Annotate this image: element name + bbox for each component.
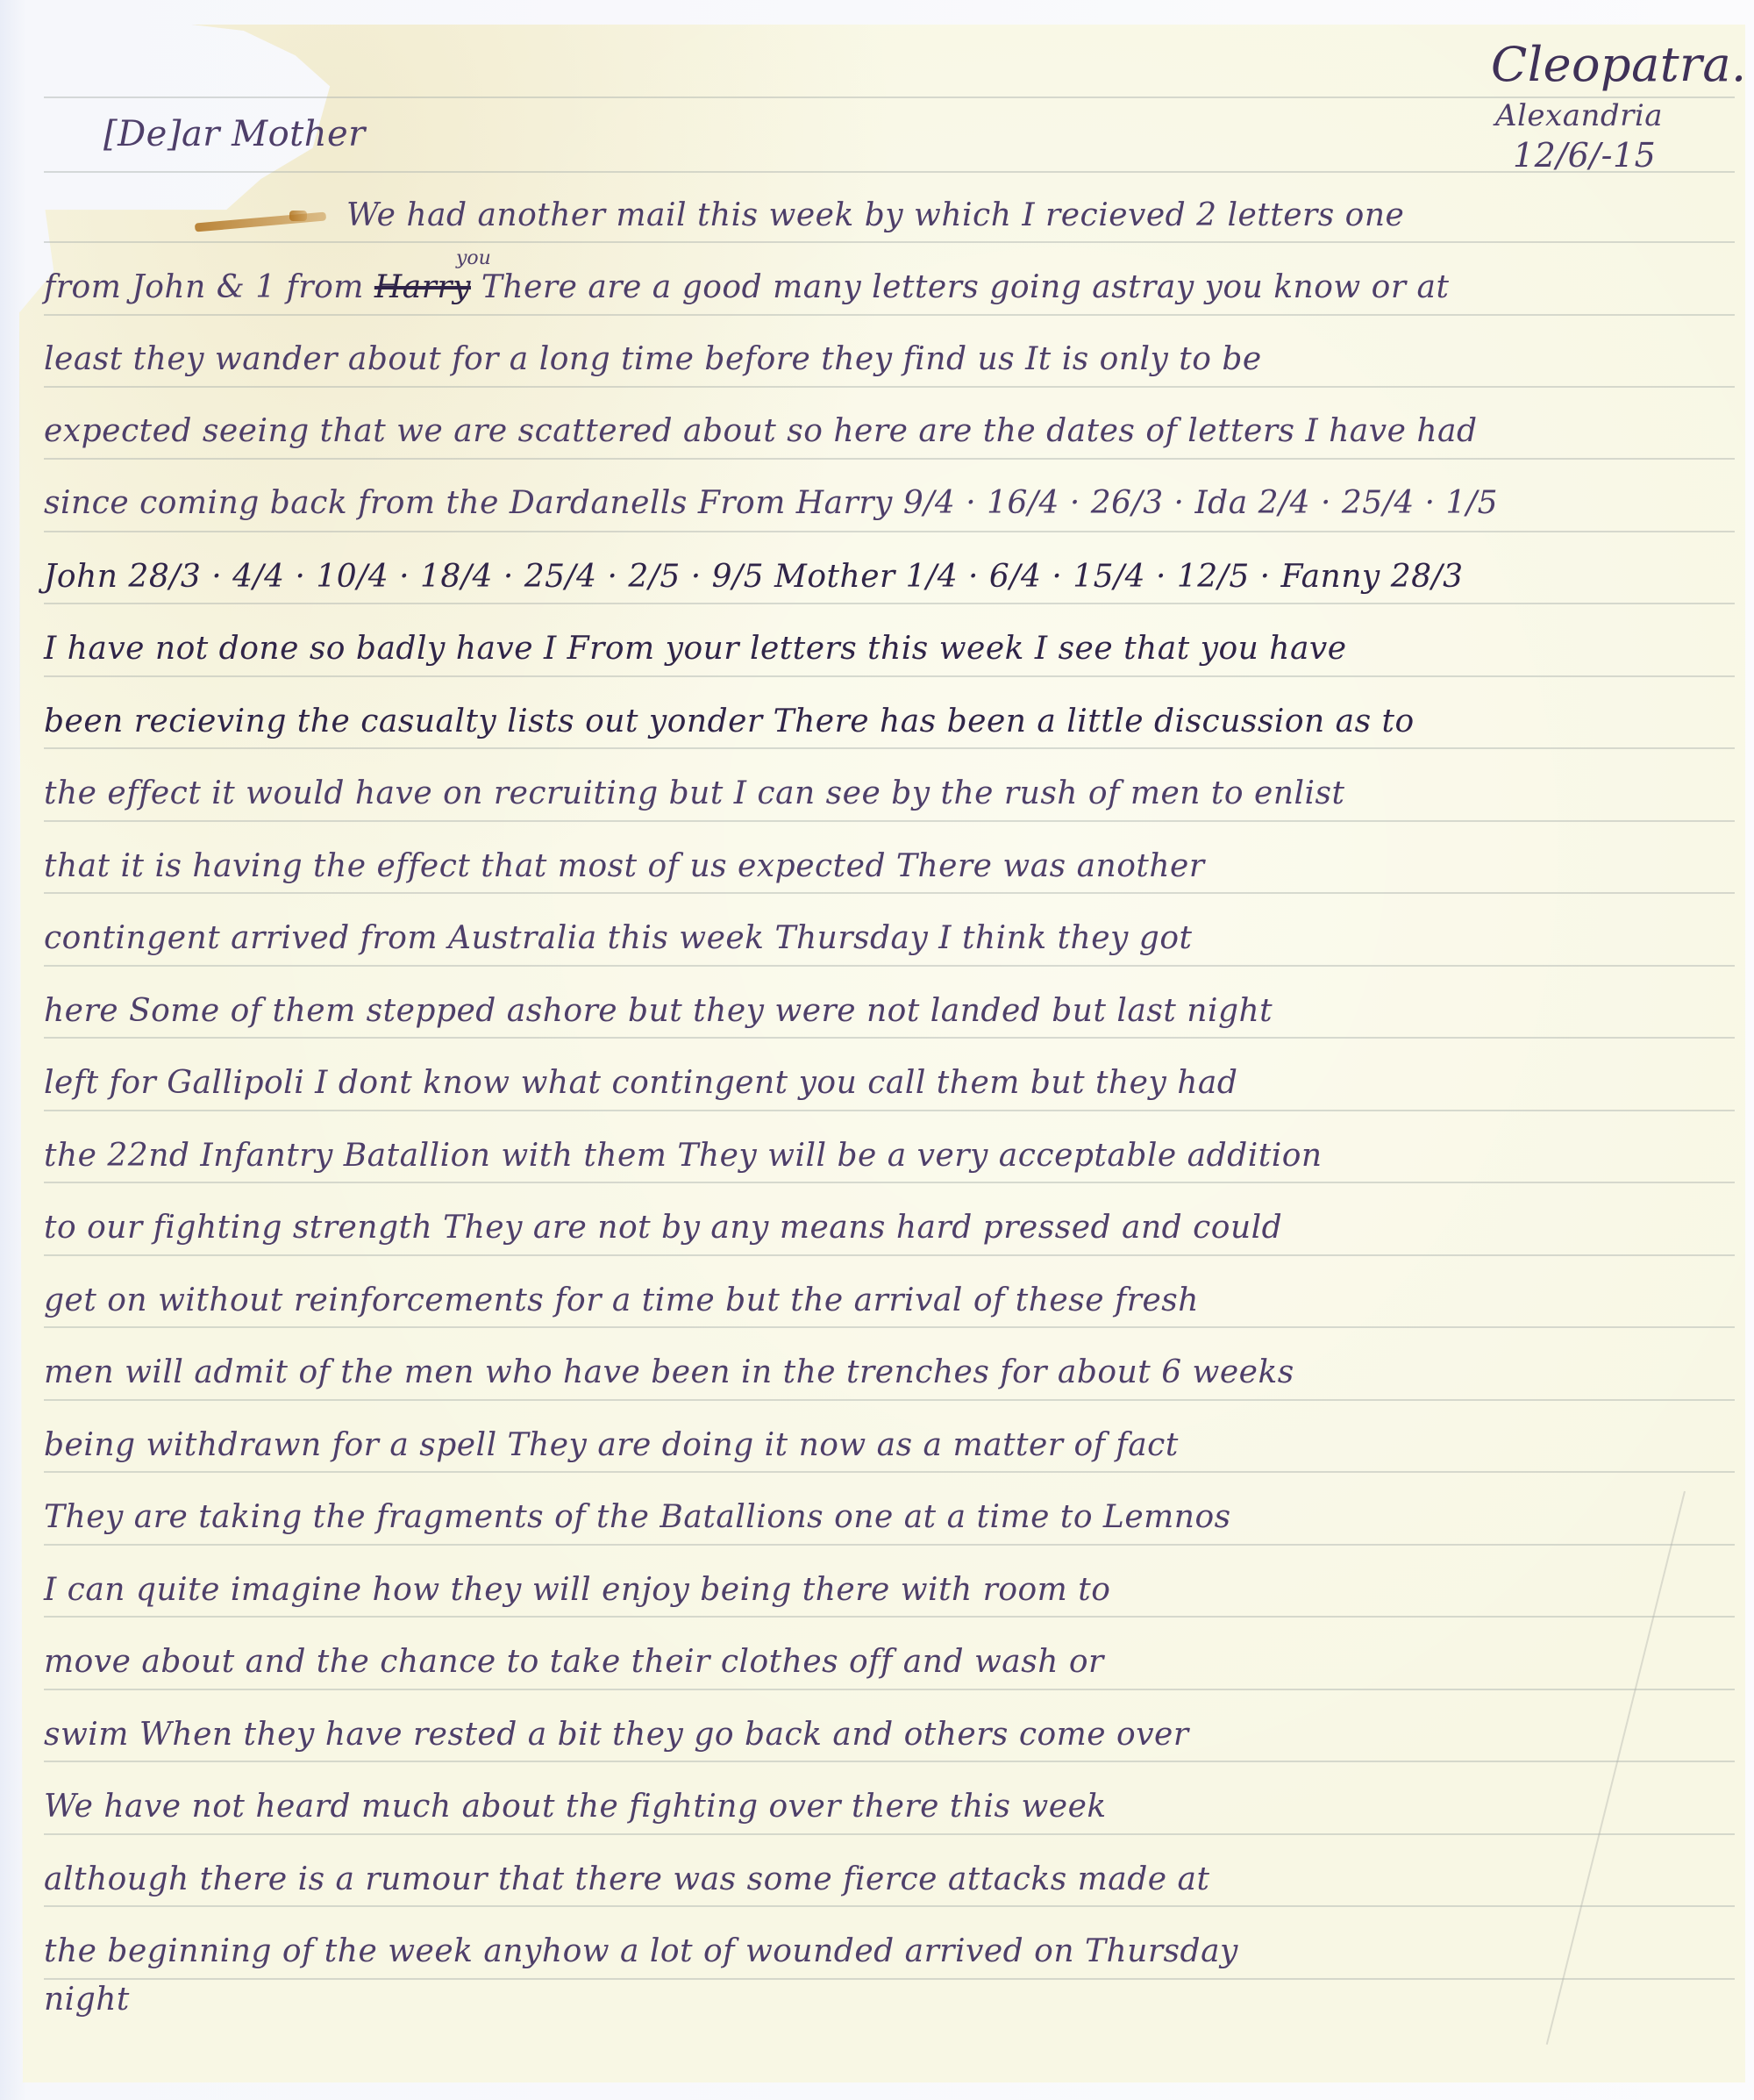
ruled-line: [44, 1254, 1735, 1256]
ruled-line: [44, 531, 1735, 532]
ruled-line: [44, 314, 1735, 316]
letter-place: Cleopatra.: [1491, 37, 1747, 92]
struck-word: Harry: [374, 269, 471, 305]
ruled-line: [44, 96, 1735, 98]
letter-line: contingent arrived from Australia this w…: [44, 923, 1193, 954]
letter-city: Alexandria: [1495, 98, 1663, 133]
letter-line: night: [44, 1984, 130, 2016]
letter-line: the beginning of the week anyhow a lot o…: [44, 1936, 1238, 1968]
ruled-line: [44, 965, 1735, 967]
ruled-line: [44, 1326, 1735, 1328]
letter-line: from John & 1 from Harry There are a goo…: [44, 272, 1449, 304]
ruled-line: [44, 386, 1735, 388]
letter-line: I have not done so badly have I From you…: [44, 633, 1347, 665]
ruled-line: [44, 892, 1735, 894]
letter-line: expected seeing that we are scattered ab…: [44, 416, 1478, 447]
rust-stain-small: [289, 211, 307, 221]
letter-line-text: There are a good many letters going astr…: [481, 269, 1450, 305]
ruled-line: [44, 747, 1735, 749]
letter-paper: [19, 25, 1745, 2082]
letter-line: here Some of them stepped ashore but the…: [44, 996, 1273, 1027]
letter-line: least they wander about for a long time …: [44, 344, 1262, 375]
salutation: [De]ar Mother: [103, 114, 366, 154]
ruled-line: [44, 458, 1735, 460]
letter-line: John 28/3 · 4/4 · 10/4 · 18/4 · 25/4 · 2…: [44, 561, 1464, 593]
ruled-line: [44, 171, 1735, 173]
ruled-line: [44, 1905, 1735, 1907]
letter-line-text: from John & 1 from: [44, 269, 364, 305]
letter-line: get on without reinforcements for a time…: [44, 1285, 1199, 1317]
ruled-line: [44, 675, 1735, 677]
letter-line: We had another mail this week by which I…: [346, 200, 1404, 232]
inserted-word: you: [456, 247, 491, 269]
ruled-line: [44, 1616, 1735, 1618]
ruled-line: [44, 1978, 1735, 1980]
letter-line: We have not heard much about the fightin…: [44, 1791, 1107, 1823]
letter-line: although there is a rumour that there wa…: [44, 1864, 1209, 1896]
letter-line: been recieving the casualty lists out yo…: [44, 706, 1415, 738]
letter-date: 12/6/-15: [1513, 136, 1656, 175]
ruled-line: [44, 1182, 1735, 1183]
ruled-line: [44, 1689, 1735, 1690]
ruled-line: [44, 1399, 1735, 1401]
letter-line: the effect it would have on recruiting b…: [44, 778, 1344, 810]
letter-line: I can quite imagine how they will enjoy …: [44, 1575, 1110, 1606]
letter-line: swim When they have rested a bit they go…: [44, 1719, 1189, 1751]
ruled-line: [44, 820, 1735, 822]
ruled-line: [44, 1471, 1735, 1473]
ruled-line: [44, 1544, 1735, 1546]
letter-line: since coming back from the Dardanells Fr…: [44, 488, 1498, 519]
ruled-line: [44, 1037, 1735, 1039]
letter-line: move about and the chance to take their …: [44, 1646, 1104, 1678]
ruled-line: [44, 1761, 1735, 1762]
ruled-line: [44, 1833, 1735, 1835]
ruled-line: [44, 1110, 1735, 1111]
letter-line: that it is having the effect that most o…: [44, 851, 1205, 882]
letter-line: They are taking the fragments of the Bat…: [44, 1502, 1231, 1533]
ruled-line: [44, 603, 1735, 604]
letter-line: being withdrawn for a spell They are doi…: [44, 1430, 1179, 1461]
letter-line: men will admit of the men who have been …: [44, 1357, 1294, 1389]
letter-line: left for Gallipoli I dont know what cont…: [44, 1068, 1237, 1099]
ruled-line: [44, 241, 1735, 243]
letter-line: the 22nd Infantry Batallion with them Th…: [44, 1140, 1323, 1172]
letter-line: to our fighting strength They are not by…: [44, 1212, 1282, 1244]
